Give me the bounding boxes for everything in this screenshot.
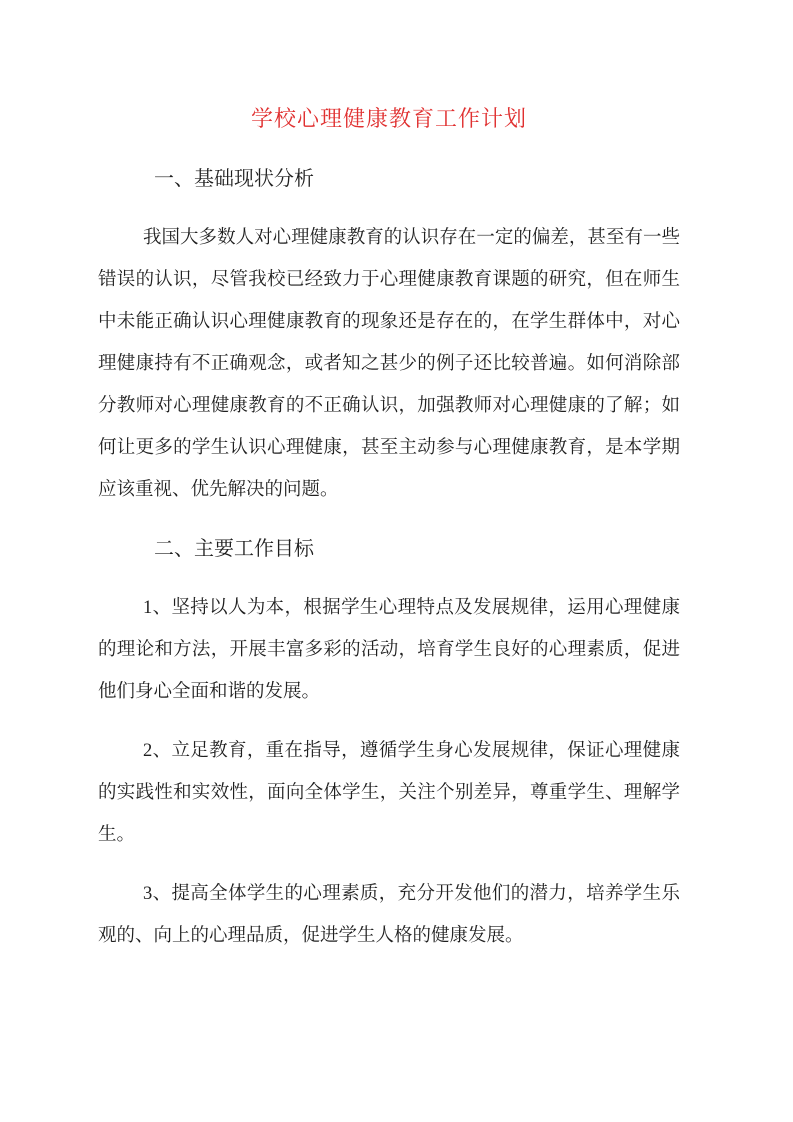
body-paragraph-1: 我国大多数人对心理健康教育的认识存在一定的偏差，甚至有一些错误的认识，尽管我校已… (98, 217, 680, 511)
document-page: 学校心理健康教育工作计划 一、基础现状分析 我国大多数人对心理健康教育的认识存在… (0, 0, 793, 1122)
body-paragraph-4: 3、提高全体学生的心理素质，充分开发他们的潜力，培养学生乐观的、向上的心理品质，… (98, 873, 680, 957)
section-heading-2: 二、主要工作目标 (98, 528, 680, 570)
document-title: 学校心理健康教育工作计划 (98, 98, 680, 140)
body-paragraph-3: 2、立足教育，重在指导，遵循学生身心发展规律，保证心理健康的实践性和实效性，面向… (98, 730, 680, 856)
body-paragraph-2: 1、坚持以人为本，根据学生心理特点及发展规律，运用心理健康的理论和方法，开展丰富… (98, 587, 680, 713)
section-heading-1: 一、基础现状分析 (98, 158, 680, 200)
